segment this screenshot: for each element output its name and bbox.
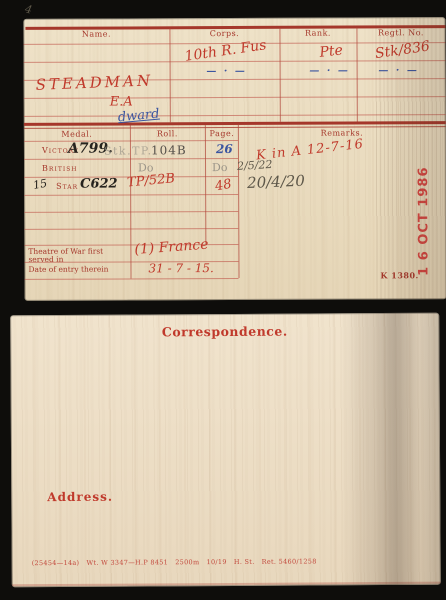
pencil-date-note: 2/5/22: [237, 159, 273, 172]
theatre-of-war-label: Theatre of War first served in: [28, 247, 130, 264]
address-label: Address.: [47, 491, 113, 505]
column-divider: [205, 125, 207, 244]
ditto-mark: — · —: [302, 66, 358, 76]
date-of-entry-value: 31 - 7 - 15.: [148, 262, 213, 274]
victory-page-number: 26: [216, 143, 233, 155]
victory-roll-stamp: Stk.TP.: [104, 145, 153, 156]
column-divider: [238, 125, 240, 278]
theatre-of-war-entry: (1) France: [134, 238, 209, 257]
column-header-regtl-no: Regtl. No.: [356, 29, 445, 38]
correspondence-card-back: Correspondence. Address. (25454—14a) Wt.…: [10, 313, 441, 588]
british-page-ditto: Do: [212, 162, 228, 173]
ditto-mark: — · —: [192, 67, 262, 77]
british-medal-label: British: [42, 165, 78, 174]
card-bottom-edge: [12, 582, 441, 587]
page-column-header: Page.: [202, 130, 242, 139]
scan-shadow-band: [340, 313, 441, 586]
correspondence-title: Correspondence.: [10, 324, 439, 340]
ditto-mark: — · —: [364, 66, 434, 76]
british-roll-ditto: Do: [138, 162, 154, 173]
remarks-column-header: Remarks.: [238, 129, 446, 139]
column-header-name: Name.: [23, 30, 169, 39]
victory-roll-number: 104B: [151, 144, 187, 156]
surname-entry: STEADMAN: [35, 73, 153, 93]
medal-column-header: Medal.: [24, 130, 130, 139]
star-prefix: 15: [32, 178, 48, 191]
column-header-rank: Rank.: [279, 29, 356, 38]
rank-entry: Pte: [319, 43, 344, 59]
date-received-stamp: 1 6 OCT 1986: [416, 156, 433, 286]
rule-line: [24, 96, 446, 99]
rule-line: [24, 114, 446, 117]
initials-entry: E.A: [110, 95, 133, 108]
printer-imprint-line: (25454—14a) Wt. W 3347—H.P 8451 2500m 10…: [32, 558, 317, 567]
star-roll-ref: C622: [80, 178, 118, 191]
date-of-entry-label: Date of entry therein: [28, 265, 130, 274]
paper-texture: [10, 313, 441, 588]
pencil-date-note: 20/4/20: [247, 174, 305, 191]
rule-line: [24, 121, 446, 125]
star-page-number: 48: [214, 178, 233, 194]
star-medal-label: Star: [56, 183, 78, 192]
roll-column-header: Roll.: [130, 130, 205, 139]
blue-ink-annotation: dward: [117, 108, 160, 125]
star-roll-entry: TP/52B: [127, 172, 176, 189]
form-number: K 1380.: [380, 271, 418, 280]
corner-pencil-mark: 4: [24, 3, 33, 15]
medal-index-card-front: Name. Corps. Rank. Regtl. No. 10th R. Fu…: [23, 17, 446, 301]
scanned-document-background: 4 Name. Corps. Rank. Regtl. No. 10th R. …: [0, 0, 446, 600]
